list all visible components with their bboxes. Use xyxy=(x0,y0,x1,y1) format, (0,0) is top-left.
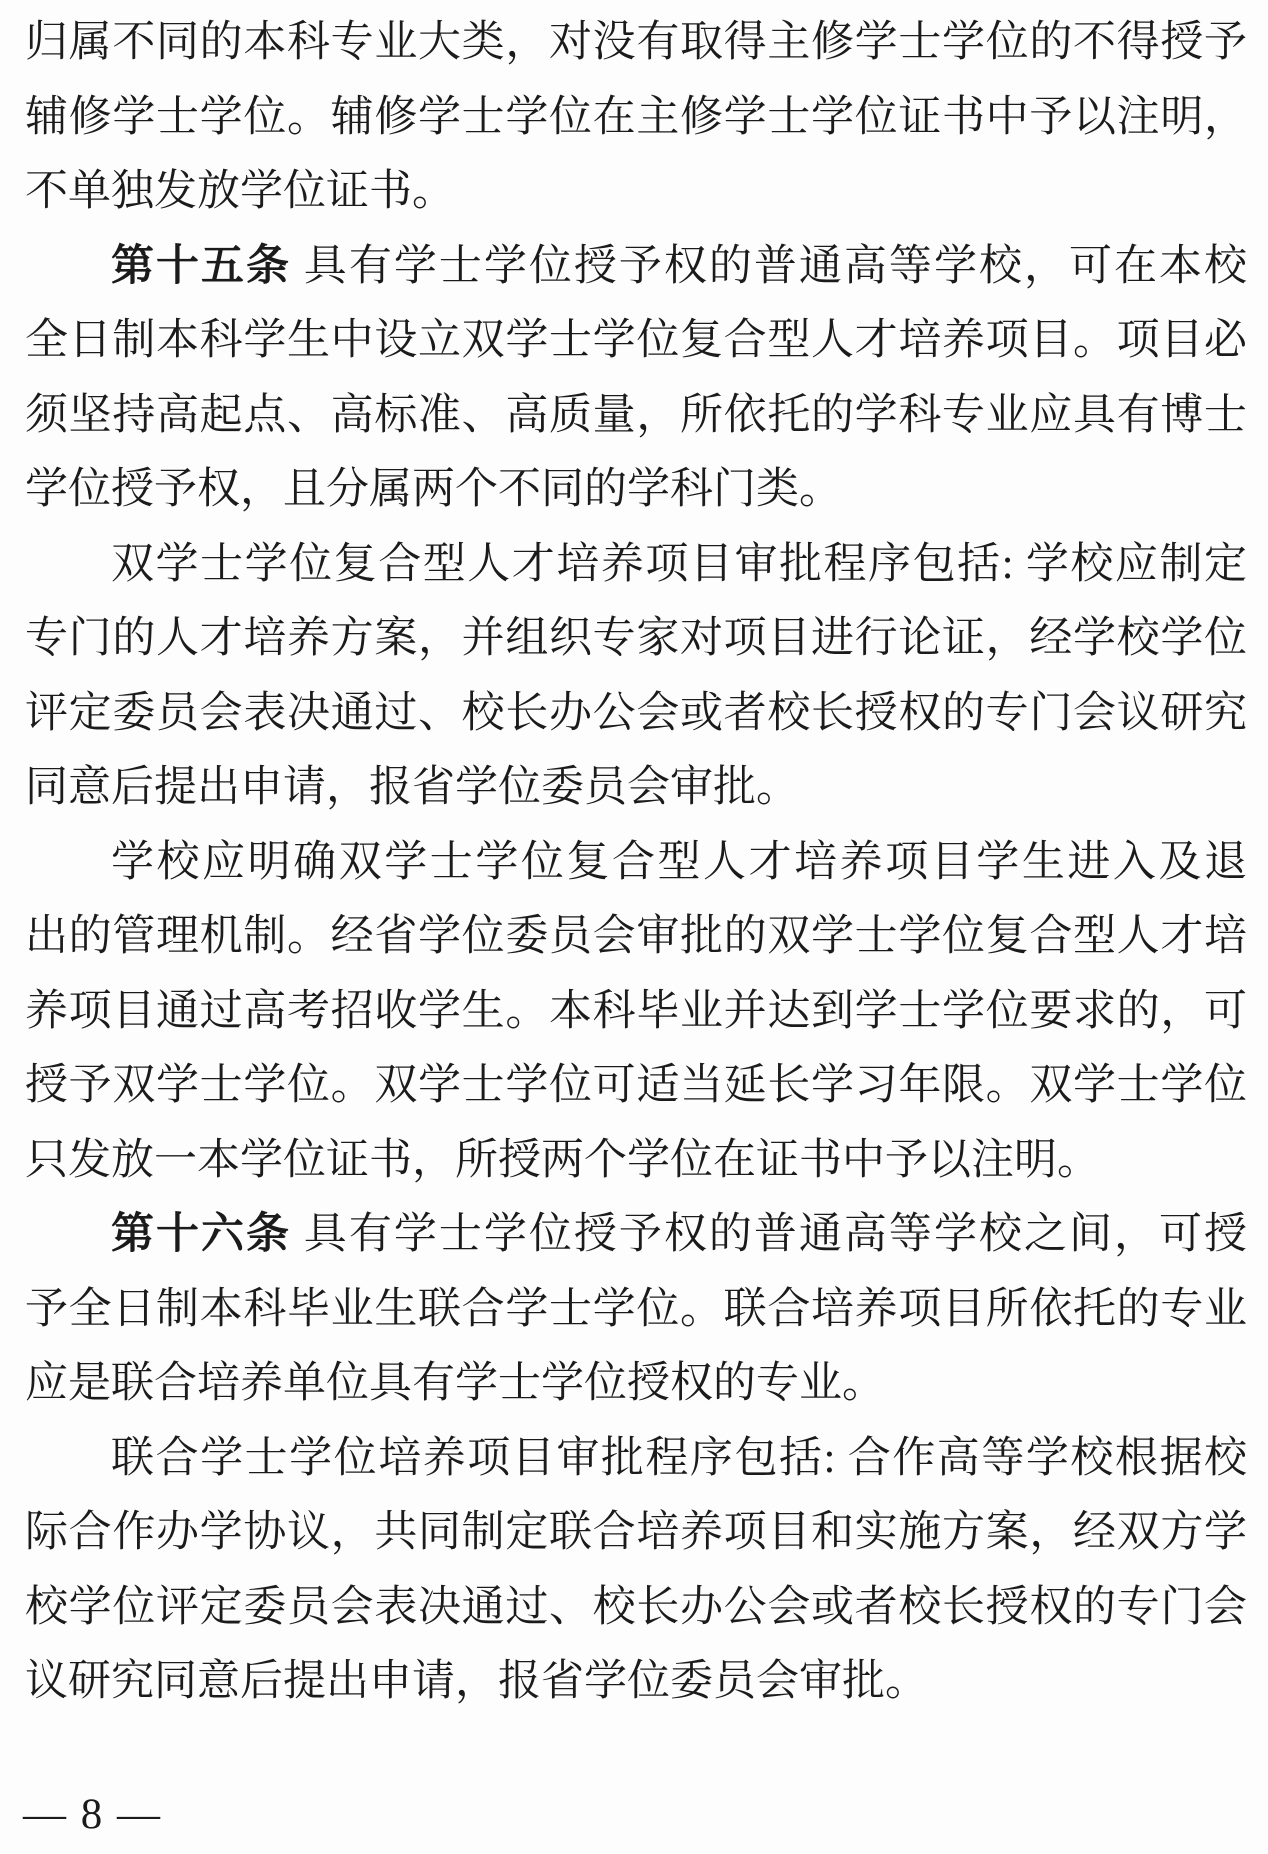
text-line: 议研究同意后提出申请，报省学位委员会审批。 xyxy=(25,1645,1247,1720)
text-line: 联合学士学位培养项目审批程序包括: 合作高等学校根据校 xyxy=(25,1422,1247,1497)
text-segment: 具有学士学位授予权的普通高等学校，可在本校 xyxy=(291,243,1247,290)
text-segment: 养项目通过高考招收学生。本科毕业并达到学士学位要求的，可 xyxy=(25,988,1247,1035)
text-segment: 须坚持高起点、高标准、高质量，所依托的学科专业应具有博士 xyxy=(25,392,1247,439)
text-line: 应是联合培养单位具有学士学位授权的专业。 xyxy=(25,1347,1247,1422)
text-segment: 全日制本科学生中设立双学士学位复合型人才培养项目。项目必 xyxy=(25,317,1247,364)
text-line: 归属不同的本科专业大类，对没有取得主修学士学位的不得授予 xyxy=(25,6,1247,81)
text-line: 同意后提出申请，报省学位委员会审批。 xyxy=(25,751,1247,826)
text-line: 双学士学位复合型人才培养项目审批程序包括: 学校应制定 xyxy=(25,528,1247,603)
text-line: 授予双学士学位。双学士学位可适当延长学习年限。双学士学位 xyxy=(25,1049,1247,1124)
text-line: 全日制本科学生中设立双学士学位复合型人才培养项目。项目必 xyxy=(25,304,1247,379)
text-line: 辅修学士学位。辅修学士学位在主修学士学位证书中予以注明， xyxy=(25,81,1247,156)
article-heading: 第十五条 xyxy=(111,243,291,290)
text-line: 须坚持高起点、高标准、高质量，所依托的学科专业应具有博士 xyxy=(25,379,1247,454)
document-page: 归属不同的本科专业大类，对没有取得主修学士学位的不得授予辅修学士学位。辅修学士学… xyxy=(0,0,1268,1854)
text-line: 出的管理机制。经省学位委员会审批的双学士学位复合型人才培 xyxy=(25,900,1247,975)
text-line: 专门的人才培养方案，并组织专家对项目进行论证，经学校学位 xyxy=(25,602,1247,677)
text-line: 第十五条 具有学士学位授予权的普通高等学校，可在本校 xyxy=(25,230,1247,305)
text-line: 第十六条 具有学士学位授予权的普通高等学校之间，可授 xyxy=(25,1198,1247,1273)
text-segment: 予全日制本科毕业生联合学士学位。联合培养项目所依托的专业 xyxy=(25,1286,1247,1333)
text-segment: 应是联合培养单位具有学士学位授权的专业。 xyxy=(25,1360,885,1407)
text-line: 学位授予权，且分属两个不同的学科门类。 xyxy=(25,453,1247,528)
text-line: 评定委员会表决通过、校长办公会或者校长授权的专门会议研究 xyxy=(25,677,1247,752)
article-heading: 第十六条 xyxy=(111,1211,291,1258)
text-line: 际合作办学协议，共同制定联合培养项目和实施方案，经双方学 xyxy=(25,1496,1247,1571)
text-segment: 不单独发放学位证书。 xyxy=(25,168,455,215)
text-segment: 议研究同意后提出申请，报省学位委员会审批。 xyxy=(25,1658,928,1705)
text-segment: 专门的人才培养方案，并组织专家对项目进行论证，经学校学位 xyxy=(25,615,1247,662)
page-number: — 8 — xyxy=(23,1791,162,1838)
text-line: 学校应明确双学士学位复合型人才培养项目学生进入及退 xyxy=(25,826,1247,901)
text-line: 不单独发放学位证书。 xyxy=(25,155,1247,230)
text-line: 只发放一本学位证书，所授两个学位在证书中予以注明。 xyxy=(25,1124,1247,1199)
text-line: 予全日制本科毕业生联合学士学位。联合培养项目所依托的专业 xyxy=(25,1273,1247,1348)
text-segment: 辅修学士学位。辅修学士学位在主修学士学位证书中予以注明， xyxy=(25,94,1247,141)
text-segment: 评定委员会表决通过、校长办公会或者校长授权的专门会议研究 xyxy=(25,690,1247,737)
text-segment: 学位授予权，且分属两个不同的学科门类。 xyxy=(25,466,842,513)
document-body: 归属不同的本科专业大类，对没有取得主修学士学位的不得授予辅修学士学位。辅修学士学… xyxy=(25,6,1247,1720)
text-segment: 归属不同的本科专业大类，对没有取得主修学士学位的不得授予 xyxy=(25,19,1247,66)
text-segment: 只发放一本学位证书，所授两个学位在证书中予以注明。 xyxy=(25,1137,1100,1184)
text-segment: 学校应明确双学士学位复合型人才培养项目学生进入及退 xyxy=(111,839,1247,886)
text-segment: 联合学士学位培养项目审批程序包括: 合作高等学校根据校 xyxy=(111,1435,1247,1482)
text-segment: 际合作办学协议，共同制定联合培养项目和实施方案，经双方学 xyxy=(25,1509,1247,1556)
text-segment: 双学士学位复合型人才培养项目审批程序包括: 学校应制定 xyxy=(111,541,1247,588)
page-footer: — 8 — xyxy=(23,1791,162,1839)
text-segment: 同意后提出申请，报省学位委员会审批。 xyxy=(25,764,799,811)
text-segment: 校学位评定委员会表决通过、校长办公会或者校长授权的专门会 xyxy=(25,1584,1247,1631)
text-line: 养项目通过高考招收学生。本科毕业并达到学士学位要求的，可 xyxy=(25,975,1247,1050)
text-line: 校学位评定委员会表决通过、校长办公会或者校长授权的专门会 xyxy=(25,1571,1247,1646)
text-segment: 授予双学士学位。双学士学位可适当延长学习年限。双学士学位 xyxy=(25,1062,1247,1109)
text-segment: 具有学士学位授予权的普通高等学校之间，可授 xyxy=(291,1211,1247,1258)
text-segment: 出的管理机制。经省学位委员会审批的双学士学位复合型人才培 xyxy=(25,913,1247,960)
